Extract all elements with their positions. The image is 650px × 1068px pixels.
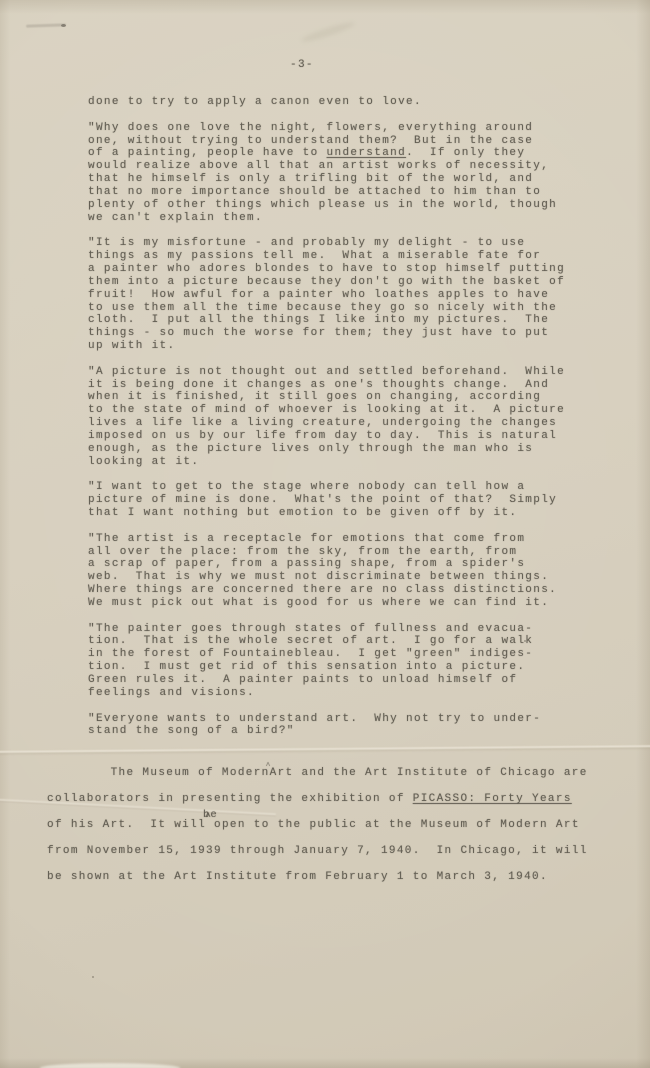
underlined-word: understand <box>327 147 407 159</box>
closing-part-3: of his Art. It will <box>47 819 206 831</box>
paper-smudge <box>300 20 356 45</box>
exhibition-title: PICASSO: Forty Years <box>413 793 572 805</box>
page-number: -3- <box>290 59 314 72</box>
caret-icon: ^ <box>266 754 271 780</box>
fold-crease <box>0 745 650 753</box>
exhibition-closing-text: The Museum of Modern^Art and the Art Ins… <box>47 760 588 890</box>
typed-insertion: be^ <box>206 816 214 827</box>
paper-bottom-edge <box>40 1063 180 1068</box>
closing-part-1: The Museum of Modern <box>47 767 270 779</box>
typewritten-page: -3- done to try to apply a canon even to… <box>0 0 650 1068</box>
caret-icon: ^ <box>205 805 211 831</box>
quote-part-2: . If only they would realize above all t… <box>88 147 565 737</box>
pencil-dot <box>61 24 66 27</box>
dust-speck <box>92 976 94 978</box>
picasso-quote-text: done to try to apply a canon even to lov… <box>88 96 565 738</box>
